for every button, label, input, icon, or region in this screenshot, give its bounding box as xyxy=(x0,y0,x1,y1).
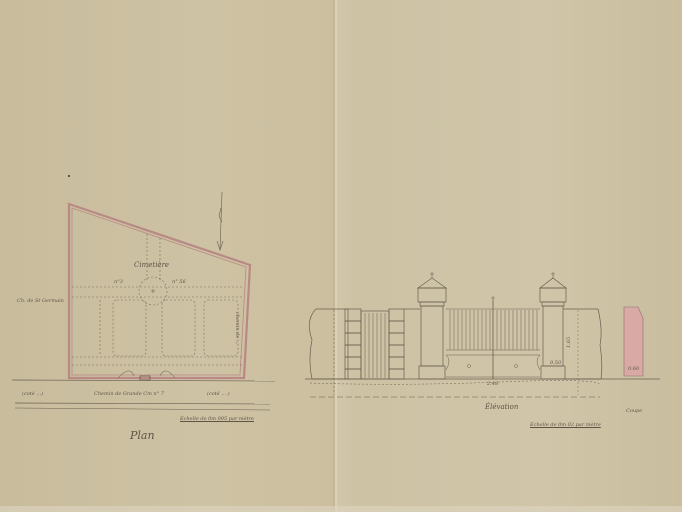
plan-title: Plan xyxy=(130,429,155,442)
plot-label-56: n° 56 xyxy=(172,279,186,285)
elevation-scale-label: Echelle de 0m 02 par mètre xyxy=(530,422,601,428)
plot-label-3: n°3 xyxy=(114,279,123,285)
north-arrow-icon xyxy=(217,192,223,250)
bottom-left-label: (coté ...) xyxy=(22,391,43,397)
elevation-drawing xyxy=(305,272,660,397)
road-label: Chemin de Grande Cm n° 7 xyxy=(94,391,164,397)
drawing-sheet: Cimetière n°3 n° 56 Ch. de St Germain ch… xyxy=(0,0,682,512)
section-label: Coupe xyxy=(626,408,642,414)
plan-scale-label: Echelle de 0m 005 par mètre xyxy=(180,416,254,422)
enclosure-label: Cimetière xyxy=(134,261,169,269)
enclosure-wall xyxy=(69,204,250,378)
drawing-canvas xyxy=(0,0,682,512)
dimension-pillar: 0.50 xyxy=(550,360,561,366)
plan-drawing xyxy=(12,175,275,410)
right-side-label: chemin de ... xyxy=(234,312,240,345)
elevation-title: Élévation xyxy=(485,403,518,411)
dimension-section: 0.60 xyxy=(628,366,639,372)
left-pillar xyxy=(418,272,446,379)
left-street-label: Ch. de St Germain xyxy=(17,298,64,304)
dimension-gate-width: 2.48 xyxy=(487,381,498,387)
dimension-wall-height: 1.65 xyxy=(566,337,572,348)
bottom-right-label: (coté ... ) xyxy=(207,391,230,397)
main-gate xyxy=(446,296,540,379)
paper-bottom-edge xyxy=(0,506,682,512)
